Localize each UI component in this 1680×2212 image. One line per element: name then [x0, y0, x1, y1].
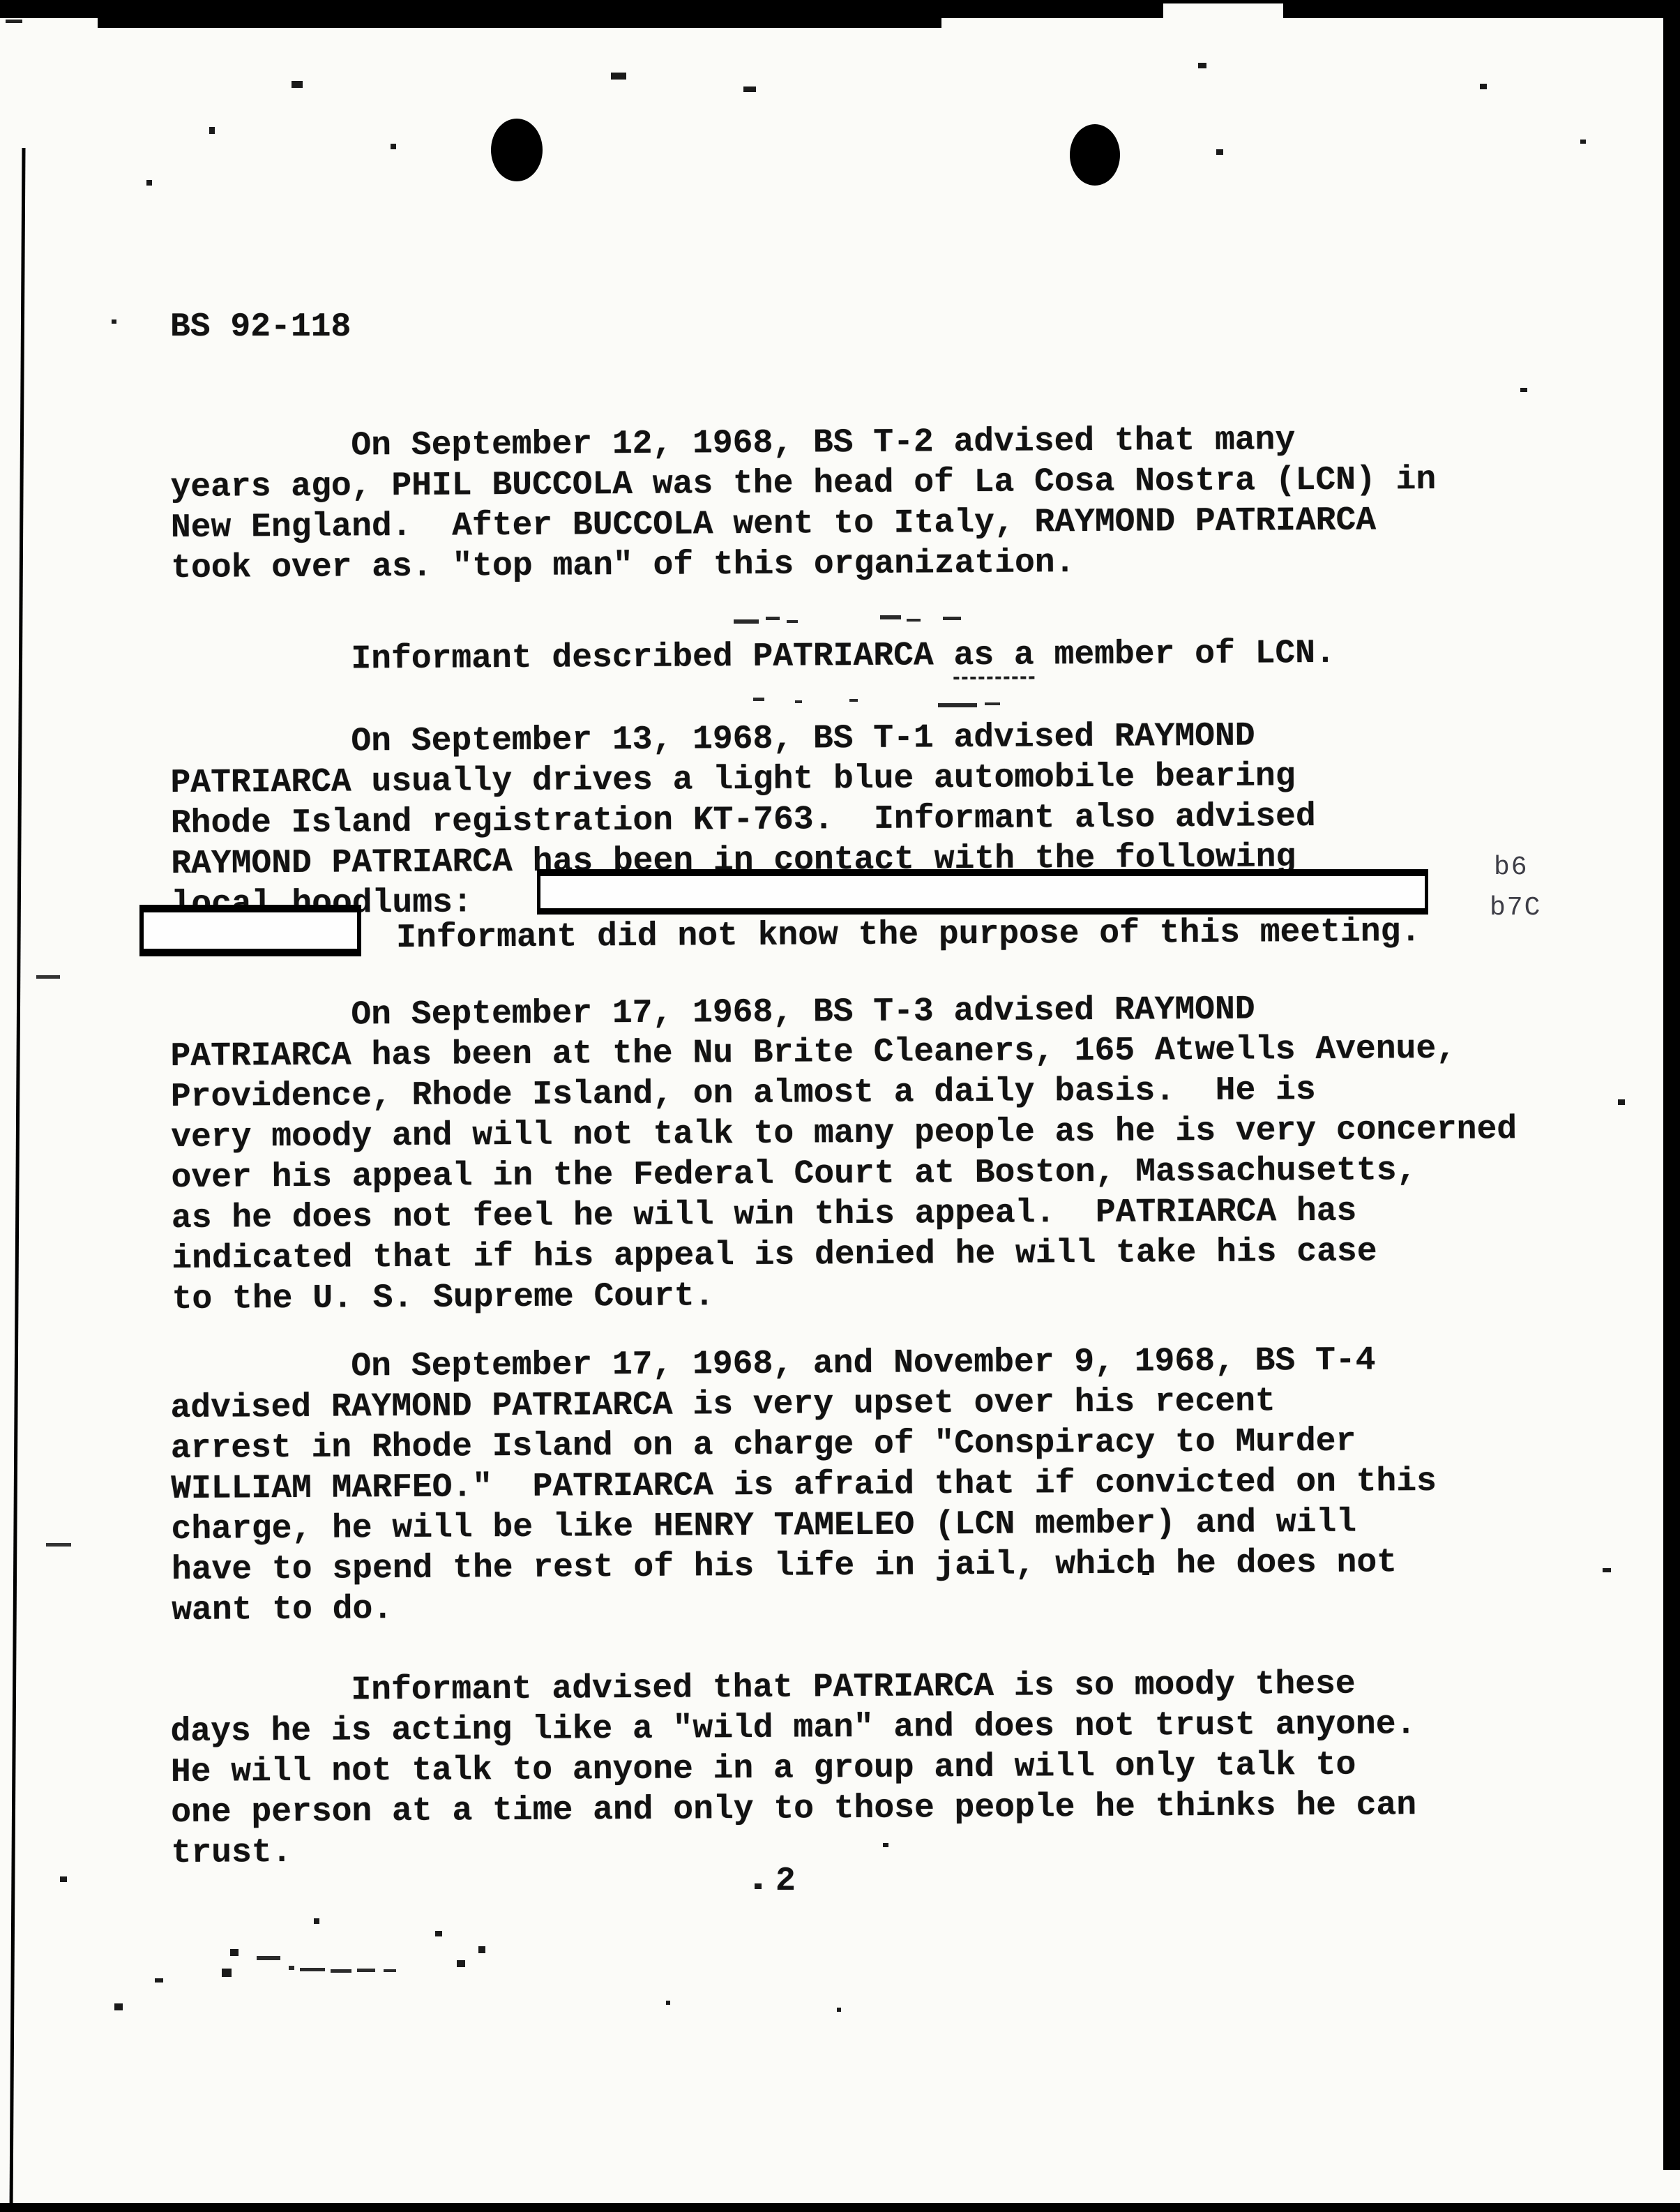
informant-line-mid	[934, 637, 954, 675]
informant-line-underlined-text: as a	[953, 636, 1034, 679]
paragraph-sept-17: On September 17, 1968, BS T-3 advised RA…	[170, 988, 1518, 1320]
paragraph-informant-moody: Informant advised that PATRIARCA is so m…	[170, 1664, 1417, 1874]
scan-artifact-top-band-thick	[98, 0, 941, 28]
informant-description-line: Informant described PATRIARCA as a membe…	[170, 633, 1335, 681]
scan-artifact-bottom-band	[0, 2203, 1680, 2212]
informant-line-prefix: Informant described	[170, 638, 753, 679]
informant-line-name: PATRIARCA	[752, 637, 934, 676]
scan-artifact-top-band-gap	[1163, 3, 1283, 19]
informant-line-suffix: member of LCN.	[1034, 635, 1335, 675]
redaction-box-large	[537, 869, 1428, 915]
meeting-line: Informant did not know the purpose of th…	[396, 912, 1421, 958]
redaction-box-small	[139, 905, 361, 956]
punch-hole-left	[491, 119, 543, 181]
document-page: BS 92-118 On September 12, 1968, BS T-2 …	[0, 0, 1680, 2212]
page-number: 2	[775, 1861, 796, 1902]
case-number: BS 92-118	[170, 307, 351, 347]
punch-hole-right	[1070, 124, 1120, 186]
paragraph-sept-17-nov-9: On September 17, 1968, and November 9, 1…	[170, 1340, 1437, 1631]
scan-artifact-right-band	[1663, 4, 1680, 2170]
margin-code-b6: b6	[1494, 852, 1529, 883]
margin-code-b7c: b7C	[1490, 893, 1541, 924]
paragraph-sept-12: On September 12, 1968, BS T-2 advised th…	[170, 419, 1437, 589]
